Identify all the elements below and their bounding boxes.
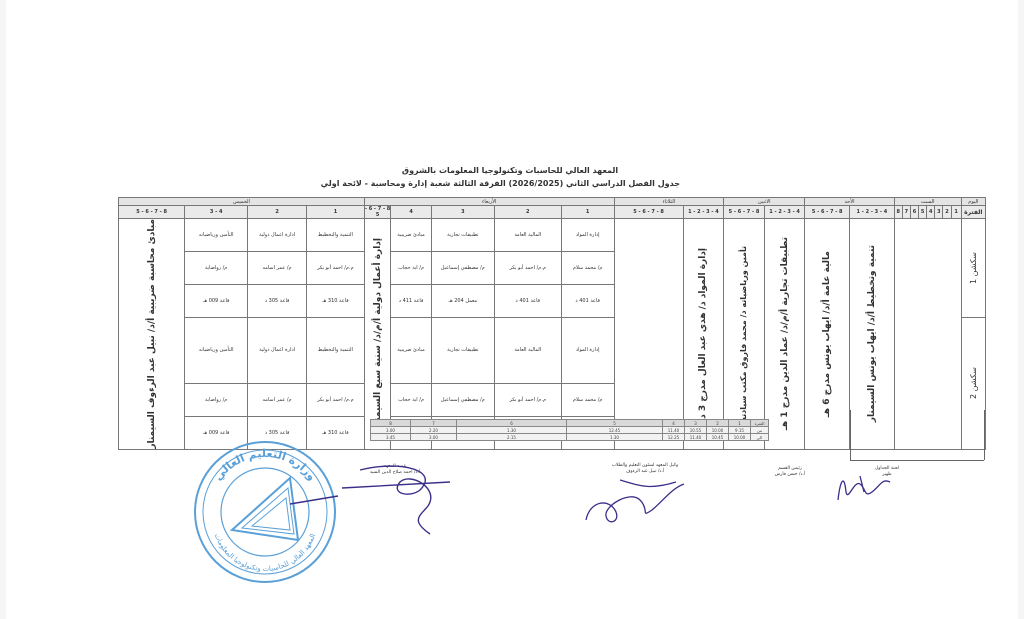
timing-period: 3 — [685, 420, 707, 427]
wed-s2-subject: إدارة المواد — [561, 318, 614, 384]
timing-from: 1.30 — [457, 427, 567, 434]
period-group-label: 4 - 3 - 2 - 1 — [850, 206, 895, 219]
period-group-label: 4 - 3 - 2 - 1 — [764, 206, 805, 219]
svg-text:المعهد العالي للحاسبات وتكنولو: المعهد العالي للحاسبات وتكنولوجيا المعلو… — [213, 533, 317, 573]
timing-period: 6 — [457, 420, 567, 427]
thu-s1-room: قاعة 310 هـ — [307, 285, 365, 318]
period-label: 4 — [927, 206, 935, 219]
signature-name: أ.د/ حسن فارس — [765, 472, 815, 478]
day-thursday: الخميس — [119, 198, 365, 206]
day-monday: الاثنين — [724, 198, 805, 206]
timing-from: 10.00 — [707, 427, 729, 434]
bracket-line — [850, 410, 851, 460]
stamp-inner-text: المعهد العالي للحاسبات وتكنولوجيا المعلو… — [213, 533, 317, 573]
period-label: 3 — [431, 206, 494, 219]
wed-s1-instructor: م/ مصطفي إسماعيل — [431, 252, 494, 285]
timing-header-label: الفترة — [751, 420, 769, 427]
timing-to-label: الي — [751, 434, 769, 441]
timing-to: 12.25 — [663, 434, 685, 441]
timing-to: 2.15 — [457, 434, 567, 441]
timing-from: 2.20 — [411, 427, 457, 434]
wed-s1-subject: تطبيقات تجارية — [431, 219, 494, 252]
wed-s2-instructor: م/ محمد سلام — [561, 383, 614, 416]
thu-s1-subject: التنمية والتخطيط — [307, 219, 365, 252]
thu-s2-instructor: م/ عمر اسامه — [248, 383, 307, 416]
period-group-label: 8 - 7 - 6 - 5 — [364, 206, 390, 219]
institute-title: المعهد العالي للحاسبات وتكنولوجيا المعلو… — [340, 166, 680, 175]
period-label: 1 — [951, 206, 961, 219]
schedule-subtitle: جدول الفصل الدراسي الثاني (2026/2025) ال… — [340, 179, 680, 188]
tuesday-empty — [614, 219, 683, 450]
timing-from: 11.40 — [663, 427, 685, 434]
wed-s2-subject: مبادئ ضريبية — [391, 318, 432, 384]
thu-s1-subject: التأمين ورياضياته — [185, 219, 248, 252]
thu-s1-instructor: م/ رواضاية — [185, 252, 248, 285]
bracket-line — [850, 460, 984, 461]
wed-s2-instructor: م.م/ احمد أبو بكر — [494, 383, 561, 416]
wed-s2-subject: المالية العامة — [494, 318, 561, 384]
day-saturday: السبت — [894, 198, 961, 206]
wed-s1-room: قاعة 401 د — [494, 285, 561, 318]
wed-s2-subject: تطبيقات تجارية — [431, 318, 494, 384]
corner-day-label: اليوم — [961, 198, 985, 206]
day-tuesday: الثلاثاء — [614, 198, 724, 206]
timing-from: 3.00 — [371, 427, 411, 434]
timing-from: 12.45 — [567, 427, 663, 434]
timing-period: 5 — [567, 420, 663, 427]
timing-from: 10.55 — [685, 427, 707, 434]
wed-s1-room: قاعة 411 د — [391, 285, 432, 318]
period-timing-table: الفترة 1 2 3 4 5 6 7 8 من 9.15 10.00 10.… — [370, 419, 769, 441]
timing-from-label: من — [751, 427, 769, 434]
saturday-empty — [894, 219, 961, 450]
monday-lecture-2: تأمين ورياضياته د/ محمد فاروق مكتب سيادت… — [724, 219, 765, 450]
handwritten-signature-icon — [580, 470, 690, 530]
section-2-label: سكشن 2 — [961, 318, 985, 450]
day-wednesday: الأربعاء — [364, 198, 614, 206]
wed-s1-room: قاعة 401 د — [561, 285, 614, 318]
timing-period: 8 — [371, 420, 411, 427]
wed-s1-subject: المالية العامة — [494, 219, 561, 252]
wed-s1-subject: إدارة المواد — [561, 219, 614, 252]
thu-s2-instructor: م.م/ احمد أبو بكر — [307, 383, 365, 416]
timing-to: 10.00 — [729, 434, 751, 441]
monday-lecture-1: تطبيقات تجارية أ/م/د/ عماد الدين مدرج 1 … — [764, 219, 805, 450]
timing-period: 2 — [707, 420, 729, 427]
wed-s2-instructor: م/ مصطفي إسماعيل — [431, 383, 494, 416]
sunday-lecture-1: تنمية وتخطيط أ/د/ ايهاب يونس السيمنار — [850, 219, 895, 450]
period-label: 2 — [943, 206, 951, 219]
thu-s1-instructor: م/ عمر اسامه — [248, 252, 307, 285]
period-group-label: 8 - 7 - 6 - 5 — [724, 206, 765, 219]
period-label: 4 - 3 — [185, 206, 248, 219]
wed-s1-instructor: م/ محمد سلام — [561, 252, 614, 285]
thu-s2-subject: التأمين ورياضياته — [185, 318, 248, 384]
period-label: 2 — [494, 206, 561, 219]
wed-s1-instructor: م.م/ احمد أبو بكر — [494, 252, 561, 285]
timing-period: 1 — [729, 420, 751, 427]
period-label: 3 — [935, 206, 943, 219]
wed-s2-instructor: م/ اية حجاب — [391, 383, 432, 416]
section-1-label: سكشن 1 — [961, 219, 985, 318]
period-label: 1 — [307, 206, 365, 219]
thu-s2-subject: ادارة اعمال دولية — [248, 318, 307, 384]
thu-s1-subject: ادارة اعمال دولية — [248, 219, 307, 252]
schedule-table: اليوم السبت الأحد الاثنين الثلاثاء الأرب… — [118, 197, 986, 450]
period-group-label: 8 - 7 - 6 - 5 — [614, 206, 683, 219]
timing-to: 11.40 — [685, 434, 707, 441]
timing-period: 4 — [663, 420, 685, 427]
period-label: 2 — [248, 206, 307, 219]
handwritten-signature-icon — [830, 462, 900, 507]
tuesday-lecture-1: إدارة المواد د/ هدي عبد العال مدرج 3 د — [683, 219, 724, 450]
period-label: 5 — [919, 206, 927, 219]
period-label: 6 — [910, 206, 918, 219]
wednesday-lecture: إدارة أعمال دولية أ/م/د/ سنية سبع السيمن… — [364, 219, 390, 450]
timing-from: 9.15 — [729, 427, 751, 434]
period-label: 1 — [561, 206, 614, 219]
thursday-lecture: مبادئ محاسبة ضريبية أ/د/ نبيل عبد الرءوف… — [119, 219, 185, 450]
handwritten-signature-icon — [330, 460, 460, 540]
timing-to: 3.00 — [411, 434, 457, 441]
timing-period: 7 — [411, 420, 457, 427]
bracket-line — [984, 410, 985, 460]
thu-s1-room: قاعة 305 د — [248, 285, 307, 318]
official-stamp-icon: وزارة التعليم العالي المعهد العالي للحاس… — [190, 438, 340, 586]
day-sunday: الأحد — [805, 198, 894, 206]
timing-to: 1.30 — [567, 434, 663, 441]
wed-s1-room: معمل 204 هـ — [431, 285, 494, 318]
period-group-label: 8 - 7 - 6 - 5 — [119, 206, 185, 219]
department-head-signature-block: رئيس القسم أ.د/ حسن فارس — [765, 466, 815, 478]
period-label: 8 — [894, 206, 902, 219]
sunday-lecture-2: مالية عامة أ/د/ ايهاب يونس مدرج 6 هـ — [805, 219, 850, 450]
period-group-label: 8 - 7 - 6 - 5 — [805, 206, 850, 219]
thu-s2-instructor: م/ رواضاية — [185, 383, 248, 416]
thu-s1-room: قاعة 009 هـ — [185, 285, 248, 318]
corner-period-label: الفترة — [961, 206, 985, 219]
period-label: 7 — [902, 206, 910, 219]
wed-s1-instructor: م/ اية حجاب — [391, 252, 432, 285]
period-label: 4 — [391, 206, 432, 219]
timing-to: 3.45 — [371, 434, 411, 441]
thu-s1-instructor: م.م/ احمد أبو بكر — [307, 252, 365, 285]
timing-to: 10.45 — [707, 434, 729, 441]
thu-s2-subject: التنمية والتخطيط — [307, 318, 365, 384]
wed-s1-subject: مبادئ ضريبية — [391, 219, 432, 252]
period-group-label: 4 - 3 - 2 - 1 — [683, 206, 724, 219]
